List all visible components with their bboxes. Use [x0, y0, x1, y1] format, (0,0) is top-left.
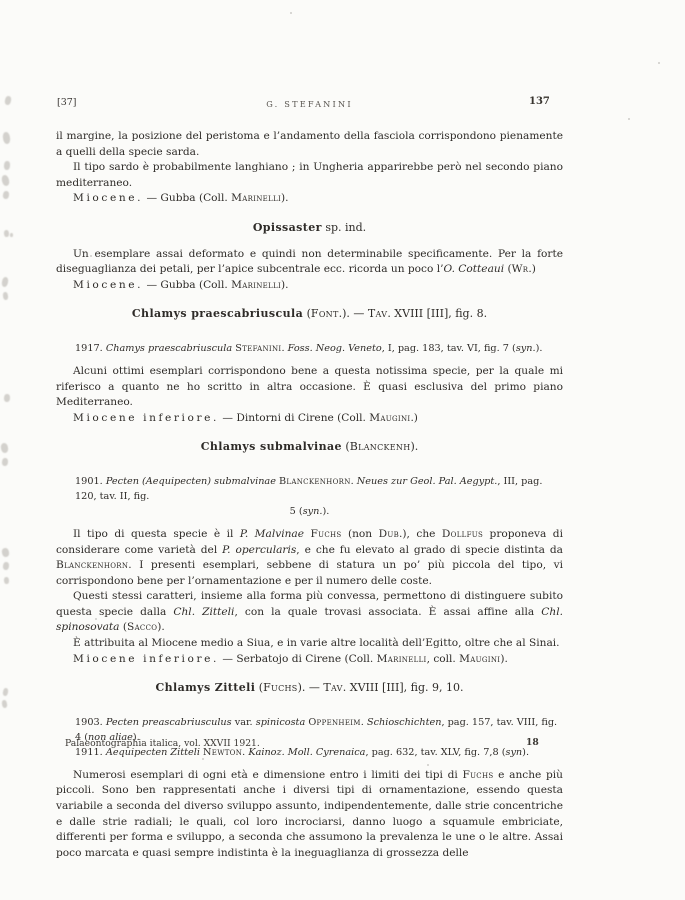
species-heading: Chlamys submalvinae (Blanckenh).	[56, 426, 563, 466]
scan-smudge	[2, 191, 9, 200]
species-heading: Chlamys praescabriuscula (Font.). — Tav.…	[56, 293, 563, 333]
species-heading: Chlamys Zitteli (Fuchs). — Tav. XVIII [I…	[56, 667, 563, 707]
body-paragraph: il margine, la posizione del peristoma e…	[56, 129, 563, 160]
body-paragraph: È attribuita al Miocene medio a Siua, e …	[56, 636, 563, 652]
scan-speck	[290, 12, 292, 14]
body-paragraph: Il tipo sardo è probabilmente langhiano …	[56, 160, 563, 191]
species-heading: Opissaster sp. ind.	[56, 207, 563, 247]
scan-speck	[95, 618, 97, 620]
scan-smudge	[1, 174, 10, 186]
scan-speck	[628, 118, 630, 120]
scanned-page: [37] G. STEFANINI 137 il margine, la pos…	[0, 0, 685, 900]
locality-line: Miocene. — Gubba (Coll. Marinelli).	[56, 278, 563, 294]
locality-line: Miocene. — Gubba (Coll. Marinelli).	[56, 191, 563, 207]
body-paragraph: Numerosi esemplari di ogni età e dimensi…	[56, 768, 563, 862]
scan-smudge	[2, 458, 9, 467]
scan-smudge	[2, 562, 9, 571]
scan-smudge	[10, 233, 13, 237]
scan-speck	[202, 758, 204, 760]
scan-smudge	[4, 394, 11, 402]
scan-smudge	[1, 700, 7, 709]
synonymy-entry: 1901. Pecten (Aequipecten) submalvinae B…	[56, 466, 563, 504]
scan-speck	[427, 764, 429, 766]
body-paragraph: Alcuni ottimi esemplari corrispondono be…	[56, 364, 563, 411]
synonymy-continuation: 5 (syn.).	[56, 504, 563, 527]
scan-smudge	[4, 577, 9, 584]
scan-smudge	[1, 547, 10, 557]
scan-speck	[658, 62, 660, 64]
body-paragraph: Questi stessi caratteri, insieme alla fo…	[56, 589, 563, 636]
sheet-number: 18	[526, 737, 539, 748]
scan-smudge	[2, 688, 8, 697]
body-paragraph: Il tipo di questa specie è il P. Malvina…	[56, 527, 563, 589]
scan-speck	[90, 255, 92, 257]
scan-smudge	[1, 277, 9, 288]
running-title: G. STEFANINI	[56, 99, 563, 109]
synonymy-entry: 1917. Chamys praescabriuscula Stefanini.…	[56, 333, 563, 364]
scan-smudge	[4, 161, 11, 170]
page-number: 137	[529, 96, 550, 107]
scan-smudge	[4, 95, 12, 105]
scan-smudge	[3, 292, 9, 301]
scan-smudge	[0, 442, 9, 453]
locality-line: Miocene inferiore. — Dintorni di Cirene …	[56, 411, 563, 427]
locality-line: Miocene inferiore. — Serbatojo di Cirene…	[56, 652, 563, 668]
body-paragraph: Un esemplare assai deformato e quindi no…	[56, 247, 563, 278]
journal-footer-line: Palaeontographia italica, vol. XXVII 192…	[65, 738, 260, 749]
text-block: il margine, la posizione del peristoma e…	[56, 129, 563, 861]
scan-smudge	[4, 230, 10, 237]
scan-smudge	[2, 132, 11, 145]
